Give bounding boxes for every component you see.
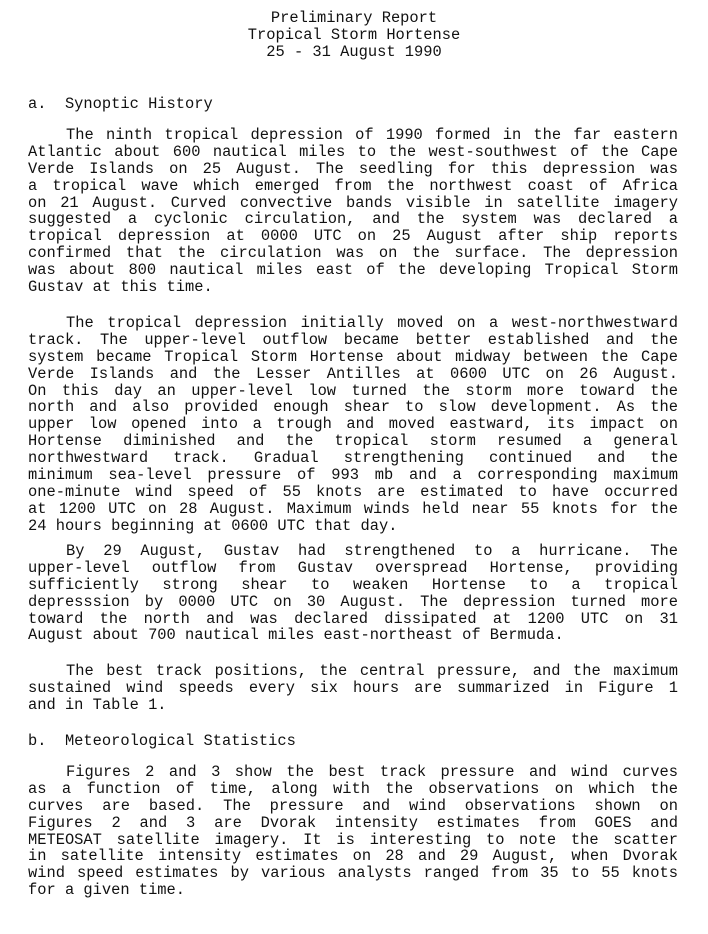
text-line: in satellite intensity estimates on 28 a…	[28, 848, 678, 865]
storm-name: Tropical Storm Hortense	[0, 27, 708, 44]
paragraph-b1: Figures 2 and 3 show the best track pres…	[28, 764, 678, 899]
text-line: toward the north and was declared dissip…	[28, 611, 678, 628]
paragraph-a1: The ninth tropical depression of 1990 fo…	[28, 127, 678, 296]
text-line: METEOSAT satellite imagery. It is intere…	[28, 832, 678, 849]
text-line: for a given time.	[28, 882, 678, 899]
text-line: Figures 2 and 3 are Dvorak intensity est…	[28, 815, 678, 832]
section-b-heading: b. Meteorological Statistics	[28, 733, 296, 750]
text-line: Hortense diminished and the tropical sto…	[28, 433, 678, 450]
text-line: August about 700 nautical miles east-nor…	[28, 627, 678, 644]
paragraph-a2: The tropical depression initially moved …	[28, 315, 678, 535]
text-line: sufficiently strong shear to weaken Hort…	[28, 577, 678, 594]
text-line: one-minute wind speed of 55 knots are es…	[28, 484, 678, 501]
text-line: On this day an upper-level low turned th…	[28, 383, 678, 400]
text-line: system became Tropical Storm Hortense ab…	[28, 349, 678, 366]
text-line: minimum sea-level pressure of 993 mb and…	[28, 467, 678, 484]
text-line: upper low opened into a trough and moved…	[28, 416, 678, 433]
report-type: Preliminary Report	[0, 10, 708, 27]
text-line: tropical depression at 0000 UTC on 25 Au…	[28, 228, 678, 245]
storm-dates: 25 - 31 August 1990	[0, 44, 708, 61]
text-line: Verde Islands on 25 August. The seedling…	[28, 161, 678, 178]
text-line: and in Table 1.	[28, 697, 678, 714]
text-line: The best track positions, the central pr…	[28, 663, 678, 680]
text-line: sustained wind speeds every six hours ar…	[28, 680, 678, 697]
text-line: Atlantic about 600 nautical miles to the…	[28, 144, 678, 161]
text-line: north and also provided enough shear to …	[28, 399, 678, 416]
text-line: was about 800 nautical miles east of the…	[28, 262, 678, 279]
text-line: Figures 2 and 3 show the best track pres…	[28, 764, 678, 781]
text-line: confirmed that the circulation was on th…	[28, 245, 678, 262]
section-a-heading: a. Synoptic History	[28, 96, 213, 113]
text-line: 24 hours beginning at 0600 UTC that day.	[28, 518, 678, 535]
text-line: The ninth tropical depression of 1990 fo…	[28, 127, 678, 144]
text-line: wind speed estimates by various analysts…	[28, 865, 678, 882]
document-page: Preliminary Report Tropical Storm Horten…	[0, 0, 708, 934]
text-line: curves are based. The pressure and wind …	[28, 798, 678, 815]
text-line: a tropical wave which emerged from the n…	[28, 178, 678, 195]
text-line: depresssion by 0000 UTC on 30 August. Th…	[28, 594, 678, 611]
text-line: The tropical depression initially moved …	[28, 315, 678, 332]
text-line: upper-level outflow from Gustav overspre…	[28, 560, 678, 577]
text-line: northwestward track. Gradual strengtheni…	[28, 450, 678, 467]
text-line: at 1200 UTC on 28 August. Maximum winds …	[28, 501, 678, 518]
paragraph-a3: By 29 August, Gustav had strengthened to…	[28, 543, 678, 644]
text-line: track. The upper-level outflow became be…	[28, 332, 678, 349]
text-line: Verde Islands and the Lesser Antilles at…	[28, 366, 678, 383]
text-line: By 29 August, Gustav had strengthened to…	[28, 543, 678, 560]
text-line: suggested a cyclonic circulation, and th…	[28, 211, 678, 228]
text-line: Gustav at this time.	[28, 279, 678, 296]
text-line: on 21 August. Curved convective bands vi…	[28, 195, 678, 212]
paragraph-a4: The best track positions, the central pr…	[28, 663, 678, 714]
text-line: as a function of time, along with the ob…	[28, 781, 678, 798]
report-header: Preliminary Report Tropical Storm Horten…	[0, 10, 708, 61]
